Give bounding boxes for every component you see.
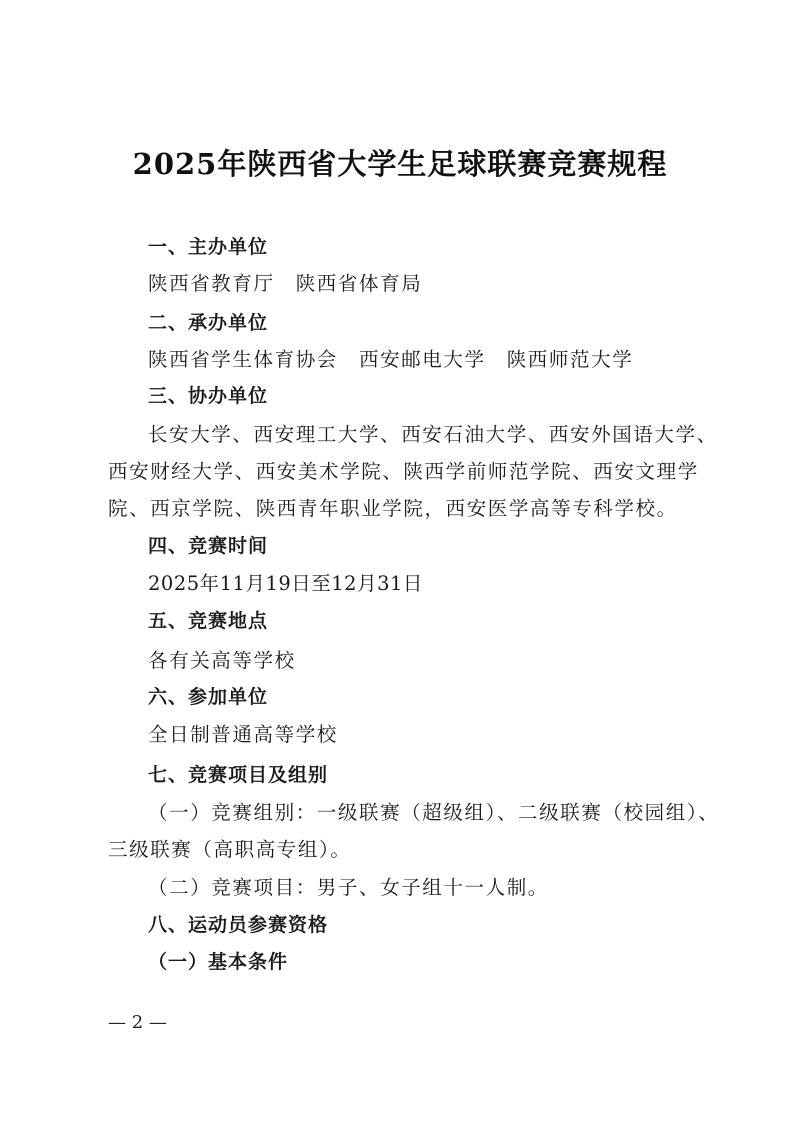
document-page: 2025年陕西省大学生足球联赛竞赛规程 一、主办单位 陕西省教育厅 陕西省体育局… <box>0 0 800 1131</box>
time-text: 2025年11月19日至12月31日 <box>148 568 423 596</box>
events-groups-text-2: 三级联赛（高职高专组）。 <box>108 834 351 862</box>
section-heading-events: 七、竞赛项目及组别 <box>148 760 328 787</box>
subheading-basic-conditions: （一）基本条件 <box>148 947 288 974</box>
section-heading-time: 四、竞赛时间 <box>148 531 268 558</box>
events-items-text: （二）竞赛项目：男子、女子组十一人制。 <box>148 872 549 900</box>
section-heading-host: 二、承办单位 <box>148 308 268 335</box>
host-text: 陕西省学生体育协会 西安邮电大学 陕西师范大学 <box>148 344 633 372</box>
organizer-text: 陕西省教育厅 陕西省体育局 <box>148 268 422 296</box>
co-organizer-text-1: 长安大学、西安理工大学、西安石油大学、西安外国语大学、 <box>148 419 718 447</box>
section-heading-venue: 五、竞赛地点 <box>148 606 268 633</box>
section-heading-participants: 六、参加单位 <box>148 682 268 709</box>
section-heading-organizer: 一、主办单位 <box>148 232 268 259</box>
co-organizer-text-2: 西安财经大学、西安美术学院、陕西学前师范学院、西安文理学 <box>108 456 699 484</box>
section-heading-co-organizer: 三、协办单位 <box>148 381 268 408</box>
participants-text: 全日制普通高等学校 <box>148 719 338 747</box>
events-groups-text-1: （一）竞赛组别：一级联赛（超级组）、二级联赛（校园组）、 <box>148 797 719 825</box>
co-organizer-text-3: 院、西京学院、陕西青年职业学院，西安医学高等专科学校。 <box>108 493 678 521</box>
section-heading-eligibility: 八、运动员参赛资格 <box>148 910 328 937</box>
document-title: 2025年陕西省大学生足球联赛竞赛规程 <box>0 142 800 183</box>
page-number: — 2 — <box>108 1012 167 1033</box>
venue-text: 各有关高等学校 <box>148 645 296 673</box>
